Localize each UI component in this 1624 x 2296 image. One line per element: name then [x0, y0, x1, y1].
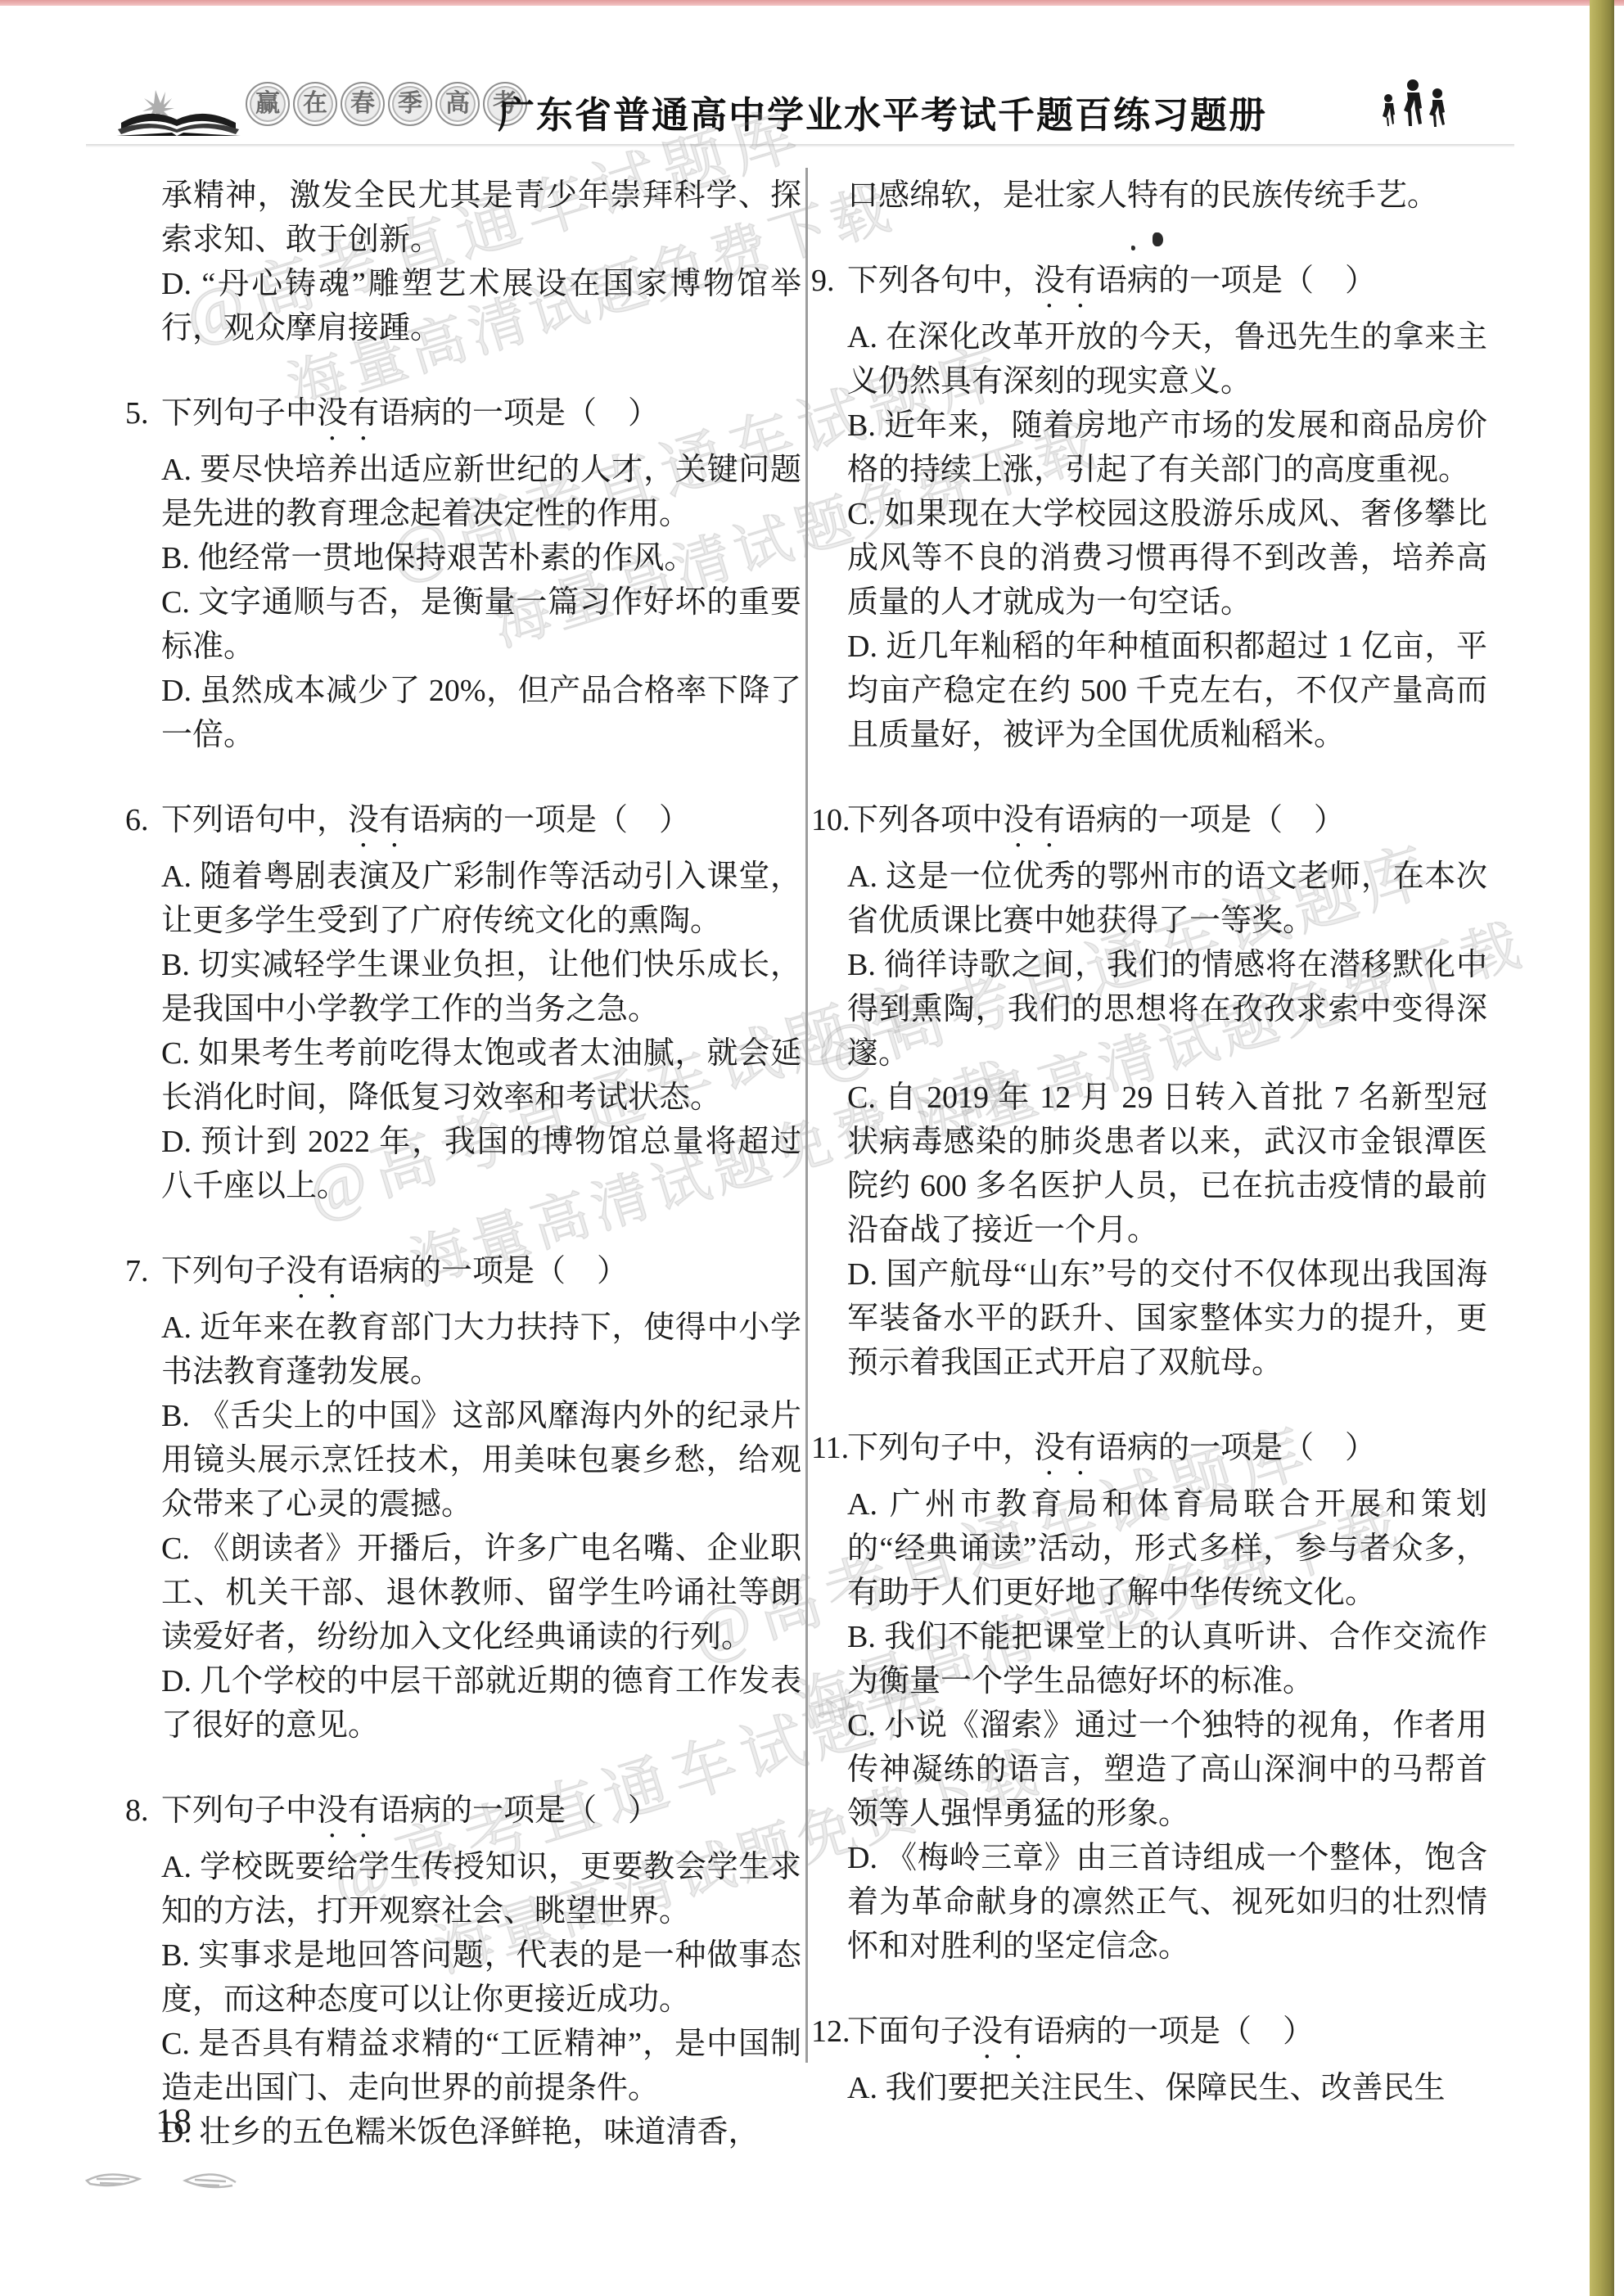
left-column: 承精神，激发全民尤其是青少年崇拜科学、探索求知、敢于创新。D. “丹心铸魂”雕塑…	[161, 174, 801, 2154]
emphasized-text: 没有	[286, 1254, 348, 1288]
brand-stamp-icon: 春	[341, 82, 385, 126]
right-column: 口感绵软，是壮家人特有的民族传统手艺。9.下列各句中，没有语病的一项是（ ）A.…	[847, 174, 1487, 2110]
ink-speck	[1153, 232, 1163, 246]
leaf-decoration-icon	[72, 2158, 252, 2215]
question-number: 5.	[125, 391, 160, 435]
question-stem: 7.下列句子没有语病的一项是（ ）	[161, 1249, 801, 1306]
option-text: D. 预计到 2022 年，我国的博物馆总量将超过八千座以上。	[161, 1120, 801, 1208]
brand-stamp-icon: 季	[388, 82, 432, 126]
emphasized-text: 没有	[1003, 803, 1065, 837]
page-number: 18	[156, 2100, 192, 2142]
option-text: B. 实事求是地回答问题，代表的是一种做事态度，而这种态度可以让你更接近成功。	[161, 1933, 801, 2022]
brand-stamp-icon: 赢	[246, 82, 290, 126]
option-text: C. 如果考生考前吃得太饱或者太油腻，就会延长消化时间，降低复习效率和考试状态。	[161, 1031, 801, 1120]
option-text: D. 近几年籼稻的年种植面积都超过 1 亿亩，平均亩产稳定在约 500 千克左右…	[847, 625, 1487, 757]
question-number: 8.	[125, 1789, 160, 1833]
option-text: A. 这是一位优秀的鄂州市的语文老师，在本次省优质课比赛中她获得了一等奖。	[847, 855, 1487, 943]
emphasized-text: 没有	[1034, 264, 1096, 298]
option-text: A. 学校既要给学生传授知识，更要教会学生求知的方法，打开观察社会、眺望世界。	[161, 1845, 801, 1933]
header-divider	[86, 144, 1514, 147]
question-stem: 6.下列语句中，没有语病的一项是（ ）	[161, 798, 801, 855]
ink-speck	[1131, 246, 1135, 250]
scan-top-edge	[0, 0, 1624, 6]
question-number: 10.	[811, 798, 846, 842]
option-text: B. 他经常一贯地保持艰苦朴素的作风。	[161, 536, 801, 580]
running-people-icon	[1377, 75, 1450, 133]
continuation-block: 口感绵软，是壮家人特有的民族传统手艺。	[847, 174, 1487, 218]
option-text: C. 小说《溜索》通过一个独特的视角，作者用传神凝练的语言，塑造了高山深涧中的马…	[847, 1703, 1487, 1836]
option-text: A. 在深化改革开放的今天，鲁迅先生的拿来主义仍然具有深刻的现实意义。	[847, 315, 1487, 404]
brand-stamp-icon: 在	[293, 82, 337, 126]
question-number: 11.	[811, 1426, 846, 1470]
brand-stamps: 赢在春季高考	[246, 82, 527, 126]
question-stem: 5.下列句子中没有语病的一项是（ ）	[161, 391, 801, 448]
emphasized-text: 没有	[348, 803, 410, 837]
option-text: D. 《梅岭三章》由三首诗组成一个整体，饱含着为革命献身的凛然正气、视死如归的壮…	[847, 1836, 1487, 1969]
option-text: A. 我们要把关注民生、保障民生、改善民生	[847, 2066, 1487, 2110]
option-text: 口感绵软，是壮家人特有的民族传统手艺。	[847, 174, 1487, 218]
option-text: C. 是否具有精益求精的“工匠精神”，是中国制造走出国门、走向世界的前提条件。	[161, 2022, 801, 2110]
question-number: 6.	[125, 798, 160, 842]
option-text: C. 如果现在大学校园这股游乐成风、奢侈攀比成风等不良的消费习惯再得不到改善，培…	[847, 492, 1487, 625]
question-block: 11.下列句子中，没有语病的一项是（ ）A. 广州市教育局和体育局联合开展和策划…	[847, 1426, 1487, 1969]
option-text: D. 国产航母“山东”号的交付不仅体现出我国海军装备水平的跃升、国家整体实力的提…	[847, 1252, 1487, 1385]
question-block: 6.下列语句中，没有语病的一项是（ ）A. 随着粤剧表演及广彩制作等活动引入课堂…	[161, 798, 801, 1208]
option-text: B. 近年来，随着房地产市场的发展和商品房价格的持续上涨，引起了有关部门的高度重…	[847, 404, 1487, 492]
option-text: D. “丹心铸魂”雕塑艺术展设在国家博物馆举行，观众摩肩接踵。	[161, 262, 801, 350]
page-title: 广东省普通高中学业水平考试千题百练习题册	[498, 85, 1267, 138]
option-text: A. 要尽快培养出适应新世纪的人才，关键问题是先进的教育理念起着决定性的作用。	[161, 448, 801, 536]
emphasized-text: 没有	[1034, 1431, 1096, 1465]
column-divider	[805, 168, 808, 2063]
option-text: C. 自 2019 年 12 月 29 日转入首批 7 名新型冠状病毒感染的肺炎…	[847, 1076, 1487, 1252]
emphasized-text: 没有	[317, 1793, 379, 1828]
question-block: 8.下列句子中没有语病的一项是（ ）A. 学校既要给学生传授知识，更要教会学生求…	[161, 1789, 801, 2154]
option-text: B. 切实减轻学生课业负担，让他们快乐成长，是我国中小学教学工作的当务之急。	[161, 943, 801, 1031]
option-text: 承精神，激发全民尤其是青少年崇拜科学、探索求知、敢于创新。	[161, 174, 801, 262]
question-number: 7.	[125, 1249, 160, 1293]
option-text: B. 我们不能把课堂上的认真听讲、合作交流作为衡量一个学生品德好坏的标准。	[847, 1615, 1487, 1703]
workbook-page: 赢在春季高考 广东省普通高中学业水平考试千题百练习题册 @高考直通车试题库海量高…	[0, 0, 1624, 2296]
option-text: C. 《朗读者》开播后，许多广电名嘴、企业职工、机关干部、退休教师、留学生吟诵社…	[161, 1527, 801, 1659]
question-number: 9.	[811, 259, 846, 303]
question-block: 12.下面句子没有语病的一项是（ ）A. 我们要把关注民生、保障民生、改善民生	[847, 2010, 1487, 2110]
page-edge-strip	[1590, 0, 1614, 2296]
question-block: 9.下列各句中，没有语病的一项是（ ）A. 在深化改革开放的今天，鲁迅先生的拿来…	[847, 259, 1487, 757]
emphasized-text: 没有	[972, 2014, 1034, 2049]
option-text: C. 文字通顺与否，是衡量一篇习作好坏的重要标准。	[161, 580, 801, 669]
option-text: A. 近年来在教育部门大力扶持下，使得中小学书法教育蓬勃发展。	[161, 1306, 801, 1394]
option-text: A. 随着粤剧表演及广彩制作等活动引入课堂，让更多学生受到了广府传统文化的熏陶。	[161, 855, 801, 943]
emphasized-text: 没有	[317, 396, 379, 431]
question-block: 10.下列各项中没有语病的一项是（ ）A. 这是一位优秀的鄂州市的语文老师，在本…	[847, 798, 1487, 1385]
option-text: A. 广州市教育局和体育局联合开展和策划的“经典诵读”活动，形式多样，参与者众多…	[847, 1482, 1487, 1615]
question-block: 7.下列句子没有语病的一项是（ ）A. 近年来在教育部门大力扶持下，使得中小学书…	[161, 1249, 801, 1748]
option-text: D. 几个学校的中层干部就近期的德育工作发表了很好的意见。	[161, 1659, 801, 1748]
brand-stamp-icon: 高	[435, 82, 480, 126]
question-stem: 12.下面句子没有语病的一项是（ ）	[847, 2010, 1487, 2066]
question-number: 12.	[811, 2010, 846, 2054]
option-text: B. 徜徉诗歌之间，我们的情感将在潜移默化中得到熏陶，我们的思想将在孜孜求索中变…	[847, 943, 1487, 1076]
question-block: 5.下列句子中没有语病的一项是（ ）A. 要尽快培养出适应新世纪的人才，关键问题…	[161, 391, 801, 757]
question-stem: 9.下列各句中，没有语病的一项是（ ）	[847, 259, 1487, 315]
open-book-icon	[113, 75, 244, 142]
question-stem: 11.下列句子中，没有语病的一项是（ ）	[847, 1426, 1487, 1482]
question-stem: 8.下列句子中没有语病的一项是（ ）	[161, 1789, 801, 1845]
option-text: D. 虽然成本减少了 20%，但产品合格率下降了一倍。	[161, 669, 801, 757]
option-text: B. 《舌尖上的中国》这部风靡海内外的纪录片用镜头展示烹饪技术，用美味包裹乡愁，…	[161, 1394, 801, 1527]
question-stem: 10.下列各项中没有语病的一项是（ ）	[847, 798, 1487, 855]
continuation-block: 承精神，激发全民尤其是青少年崇拜科学、探索求知、敢于创新。D. “丹心铸魂”雕塑…	[161, 174, 801, 350]
option-text: D. 壮乡的五色糯米饭色泽鲜艳，味道清香，	[161, 2110, 801, 2154]
